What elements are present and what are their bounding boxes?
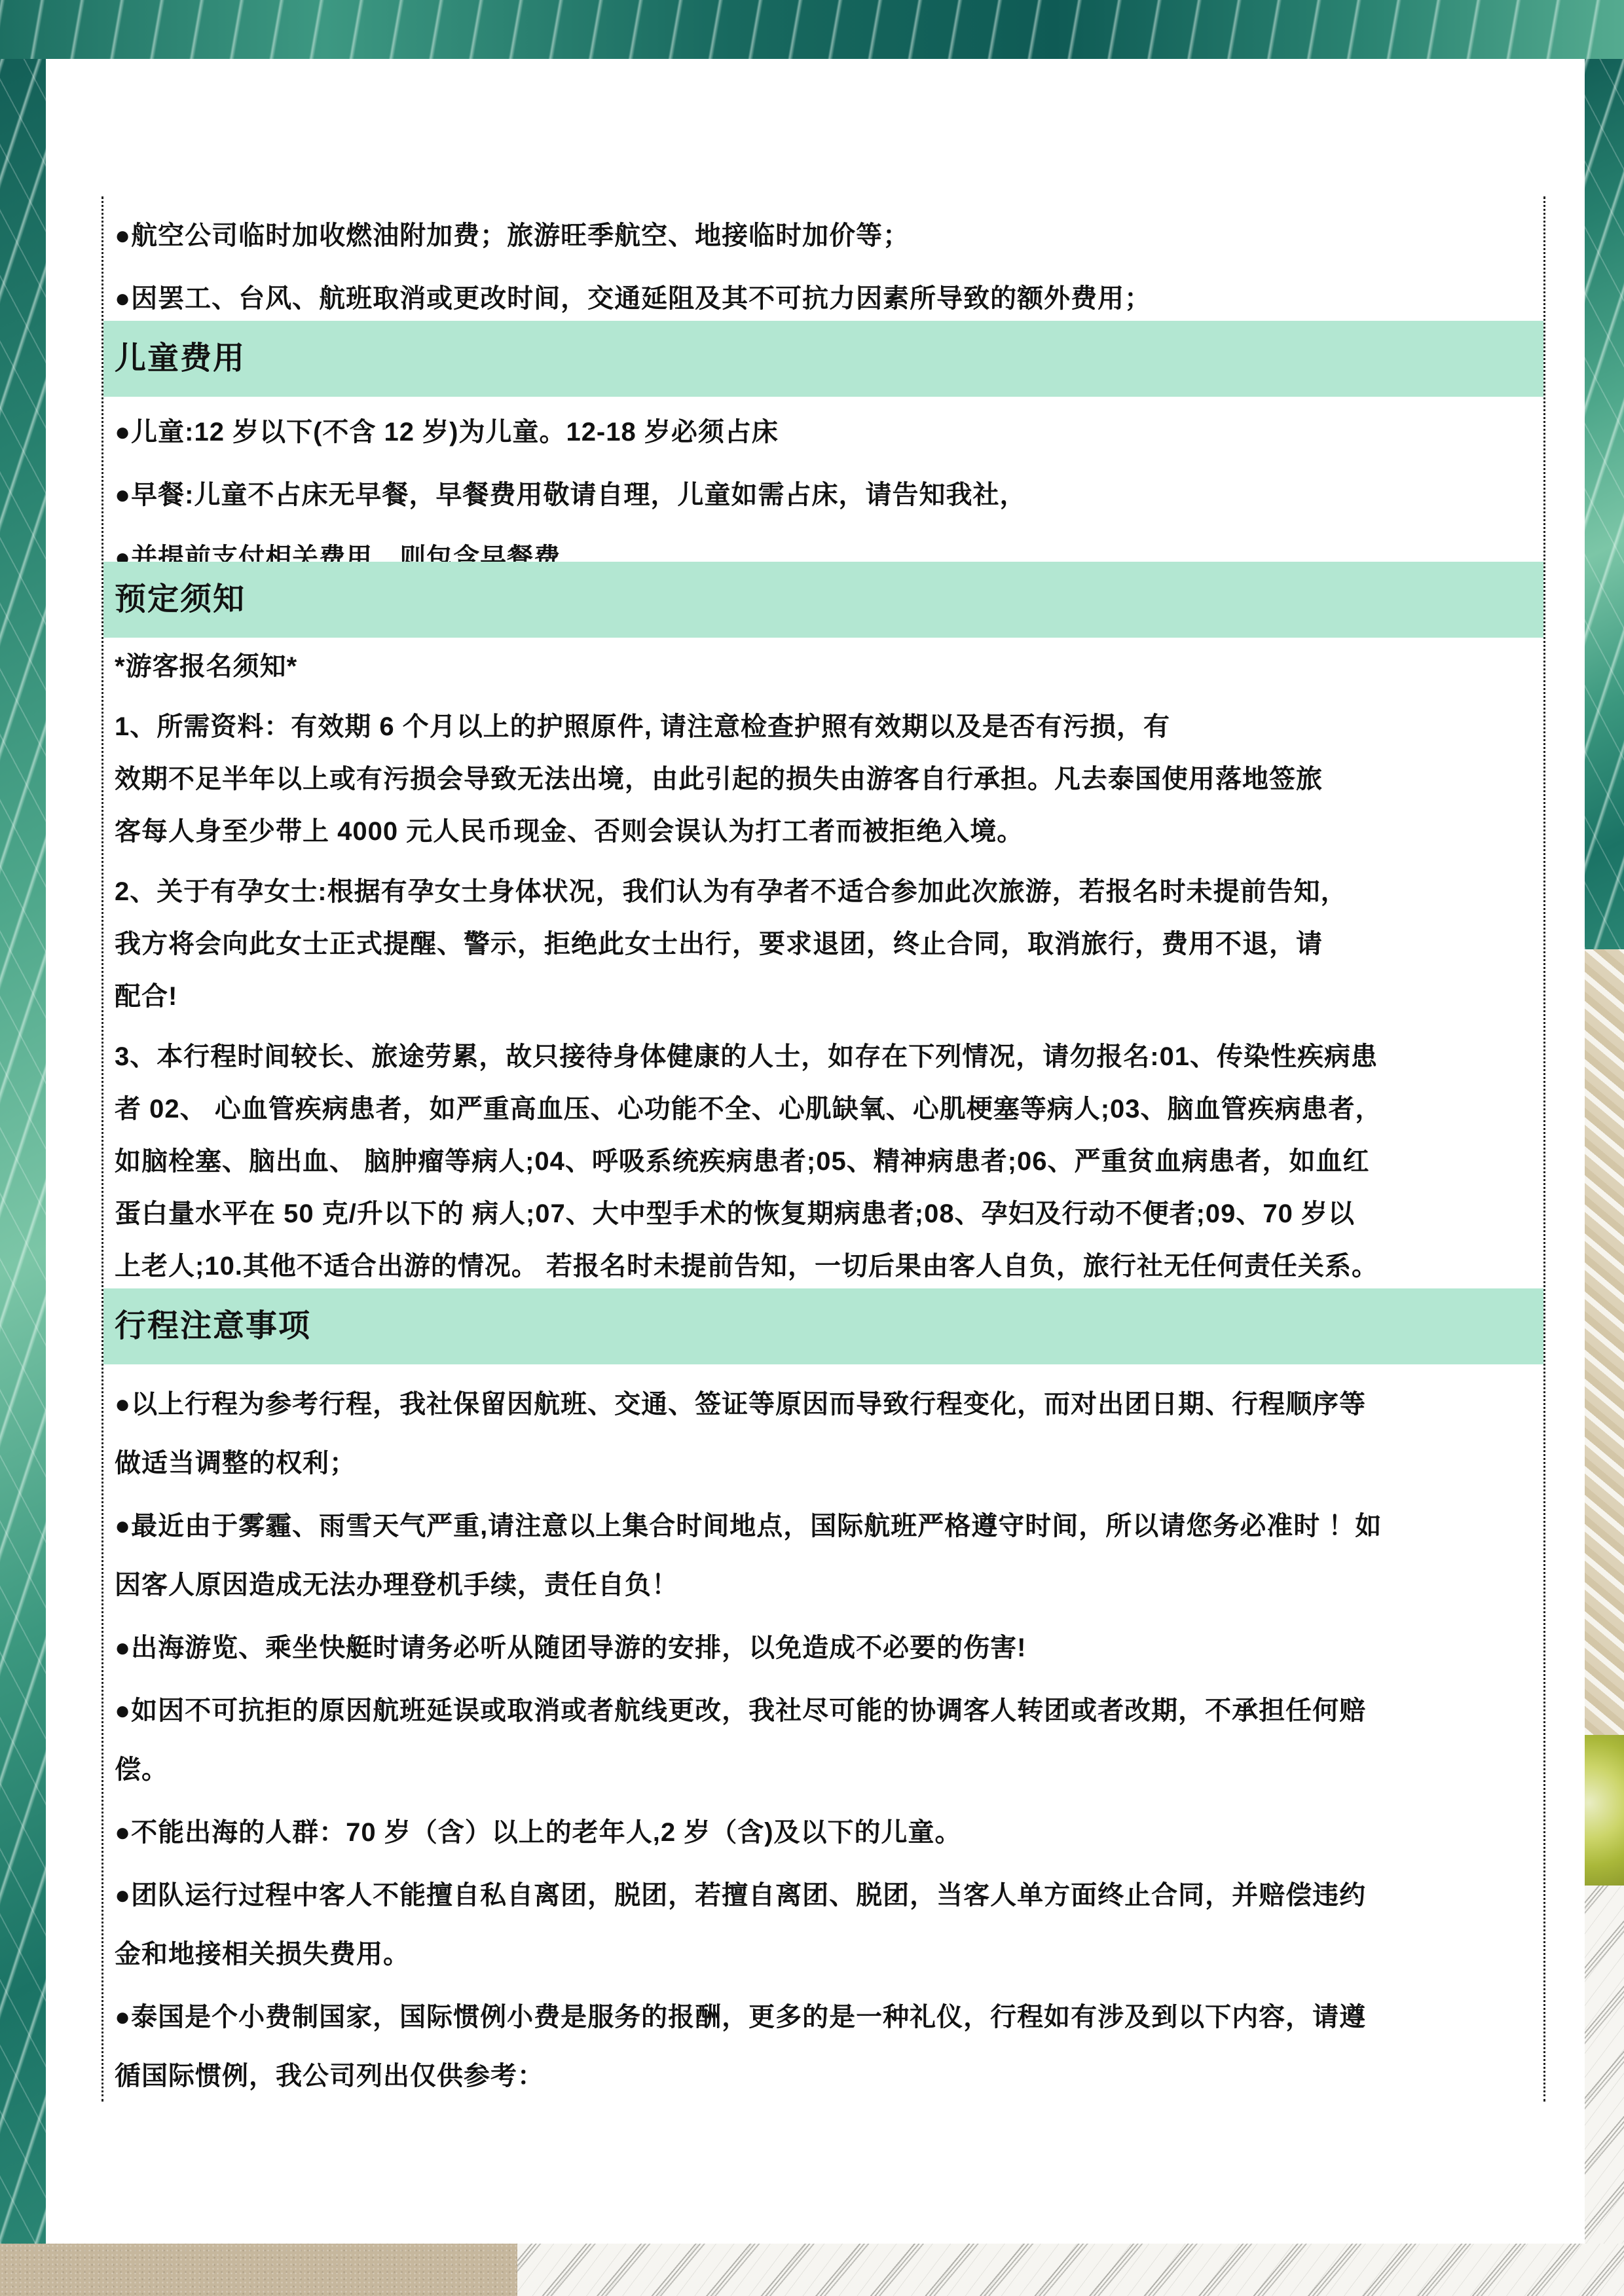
section-booking-notice: *游客报名须知* 1、所需资料：有效期 6 个月以上的护照原件, 请注意检查护照… — [115, 640, 1532, 1292]
text-line: 金和地接相关损失费用。 — [115, 1925, 1532, 1984]
text-line: 者 02、 心血管疾病患者，如严重高血压、心功能不全、心肌缺氧、心肌梗塞等病人;… — [115, 1083, 1532, 1135]
text-line: ●出海游览、乘坐快艇时请务必听从随团导游的安排，以免造成不必要的伤害! — [115, 1618, 1532, 1677]
text-line: 客每人身至少带上 4000 元人民币现金、否则会误认为打工者而被拒绝入境。 — [115, 805, 1532, 858]
document-page-background: { "theme":{ "header_bg":"#b3e7d2", "text… — [0, 0, 1624, 2296]
paragraph: 2、关于有孕女士:根据有孕女士身体状况，我们认为有孕者不适合参加此次旅游，若报名… — [115, 866, 1532, 1023]
text-line: 3、本行程时间较长、旅途劳累，故只接待身体健康的人士，如存在下列情况，请勿报名:… — [115, 1030, 1532, 1083]
section-itinerary-notes: ●以上行程为参考行程，我社保留因航班、交通、签证等原因而导致行程变化，而对出团日… — [115, 1375, 1532, 2105]
text-line: ●泰国是个小费制国家，国际惯例小费是服务的报酬，更多的是一种礼仪，行程如有涉及到… — [115, 1988, 1532, 2047]
text-line: ●以上行程为参考行程，我社保留因航班、交通、签证等原因而导致行程变化，而对出团日… — [115, 1375, 1532, 1434]
hatched-paper-texture-right — [1585, 1886, 1624, 2244]
text-line: 上老人;10.其他不适合出游的情况。 若报名时未提前告知，一切后果由客人自负，旅… — [115, 1240, 1532, 1292]
bullet-group: ●出海游览、乘坐快艇时请务必听从随团导游的安排，以免造成不必要的伤害! — [115, 1618, 1532, 1677]
text-line: ●航空公司临时加收燃油附加费；旅游旺季航空、地接临时加价等； — [115, 204, 1532, 267]
text-line: 我方将会向此女士正式提醒、警示，拒绝此女士出行，要求退团，终止合同，取消旅行，费… — [115, 918, 1532, 970]
text-line: 2、关于有孕女士:根据有孕女士身体状况，我们认为有孕者不适合参加此次旅游，若报名… — [115, 866, 1532, 918]
bullet-group: ●如因不可抗拒的原因航班延误或取消或者航线更改，我社尽可能的协调客人转团或者改期… — [115, 1681, 1532, 1799]
text-line: 偿。 — [115, 1740, 1532, 1799]
section-header-child-fee: 儿童费用 — [103, 321, 1543, 397]
section-header-itinerary-notes: 行程注意事项 — [103, 1288, 1543, 1364]
section-cost-exclusions: ●航空公司临时加收燃油附加费；旅游旺季航空、地接临时加价等； ●因罢工、台风、航… — [115, 204, 1532, 330]
sand-texture-bottom-left — [0, 2244, 517, 2296]
text-line: 蛋白量水平在 50 克/升以下的 病人;07、大中型手术的恢复期病患者;08、孕… — [115, 1188, 1532, 1240]
text-line: ●儿童:12 岁以下(不含 12 岁)为儿童。12-18 岁必须占床 — [115, 401, 1532, 464]
section-child-fee: ●儿童:12 岁以下(不含 12 岁)为儿童。12-18 岁必须占床 ●早餐:儿… — [115, 401, 1532, 589]
text-line: *游客报名须知* — [115, 640, 1532, 693]
text-line: 配合! — [115, 970, 1532, 1023]
paragraph: 3、本行程时间较长、旅途劳累，故只接待身体健康的人士，如存在下列情况，请勿报名:… — [115, 1030, 1532, 1292]
text-line: 1、所需资料：有效期 6 个月以上的护照原件, 请注意检查护照有效期以及是否有污… — [115, 701, 1532, 753]
text-line: ●早餐:儿童不占床无早餐，早餐费用敬请自理，儿童如需占床，请告知我社， — [115, 464, 1532, 526]
bullet-group: ●最近由于雾霾、雨雪天气严重,请注意以上集合时间地点，国际航班严格遵守时间，所以… — [115, 1497, 1532, 1614]
bullet-group: ●不能出海的人群：70 岁（含）以上的老年人,2 岁（含)及以下的儿童。 — [115, 1803, 1532, 1862]
paragraph: *游客报名须知* — [115, 640, 1532, 693]
bullet-group: ●泰国是个小费制国家，国际惯例小费是服务的报酬，更多的是一种礼仪，行程如有涉及到… — [115, 1988, 1532, 2105]
text-line: ●团队运行过程中客人不能擅自私自离团，脱团，若擅自离团、脱团，当客人单方面终止合… — [115, 1866, 1532, 1925]
lime-leaf-texture-right — [1585, 1735, 1624, 1886]
notice-table: ●航空公司临时加收燃油附加费；旅游旺季航空、地接临时加价等； ●因罢工、台风、航… — [101, 196, 1545, 2102]
bullet-group: ●团队运行过程中客人不能擅自私自离团，脱团，若擅自离团、脱团，当客人单方面终止合… — [115, 1866, 1532, 1984]
bullet-group: ●以上行程为参考行程，我社保留因航班、交通、签证等原因而导致行程变化，而对出团日… — [115, 1375, 1532, 1493]
marble-texture-left-strip — [0, 59, 46, 2244]
text-line: 因客人原因造成无法办理登机手续，责任自负！ — [115, 1556, 1532, 1614]
section-header-booking-notice: 预定须知 — [103, 562, 1543, 638]
marble-texture-top-band — [0, 0, 1624, 59]
marble-texture-right-strip — [1585, 59, 1624, 949]
text-line: ●最近由于雾霾、雨雪天气严重,请注意以上集合时间地点，国际航班严格遵守时间，所以… — [115, 1497, 1532, 1556]
text-line: ●不能出海的人群：70 岁（含）以上的老年人,2 岁（含)及以下的儿童。 — [115, 1803, 1532, 1862]
hatched-paper-texture-bottom-right — [517, 2244, 1624, 2296]
text-line: 效期不足半年以上或有污损会导致无法出境，由此引起的损失由游客自行承担。凡去泰国使… — [115, 753, 1532, 805]
beige-stripe-texture-right — [1585, 949, 1624, 1735]
paragraph: 1、所需资料：有效期 6 个月以上的护照原件, 请注意检查护照有效期以及是否有污… — [115, 701, 1532, 858]
text-line: 如脑栓塞、脑出血、 脑肿瘤等病人;04、呼吸系统疾病患者;05、精神病患者;06… — [115, 1135, 1532, 1188]
text-line: ●如因不可抗拒的原因航班延误或取消或者航线更改，我社尽可能的协调客人转团或者改期… — [115, 1681, 1532, 1740]
text-line: 做适当调整的权利； — [115, 1434, 1532, 1493]
text-line: 循国际惯例，我公司列出仅供参考： — [115, 2047, 1532, 2105]
